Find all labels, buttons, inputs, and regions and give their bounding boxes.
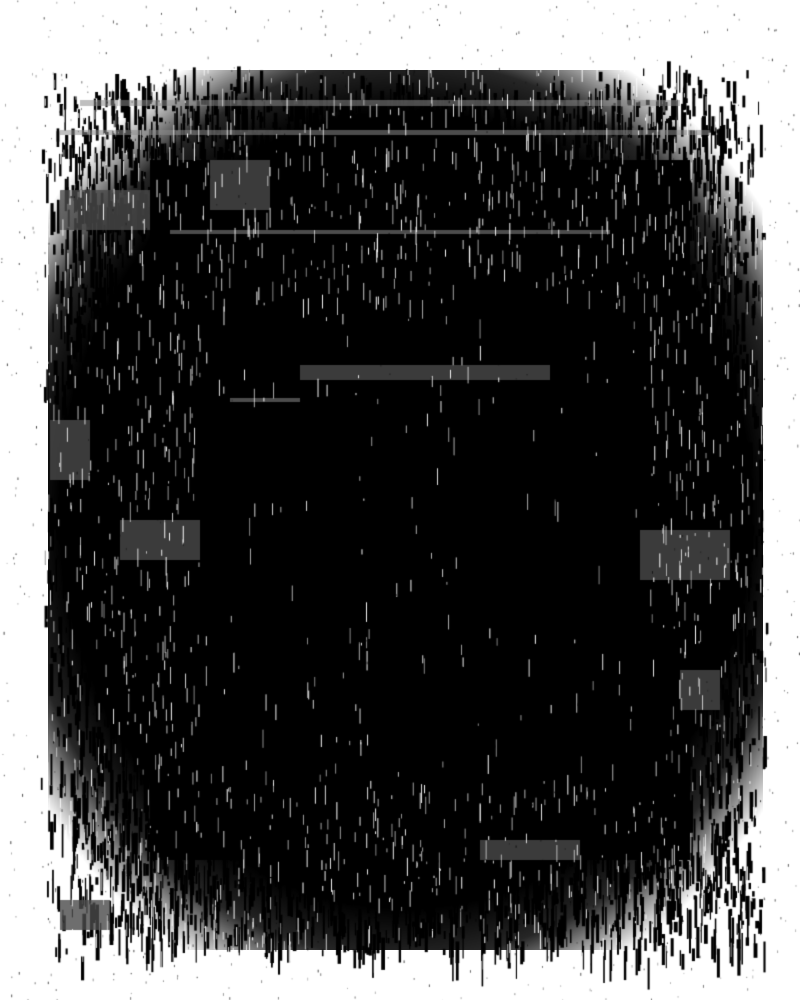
texture-canvas: Grunge texture <box>0 0 800 1000</box>
grunge-texture-overlay <box>0 0 800 1000</box>
